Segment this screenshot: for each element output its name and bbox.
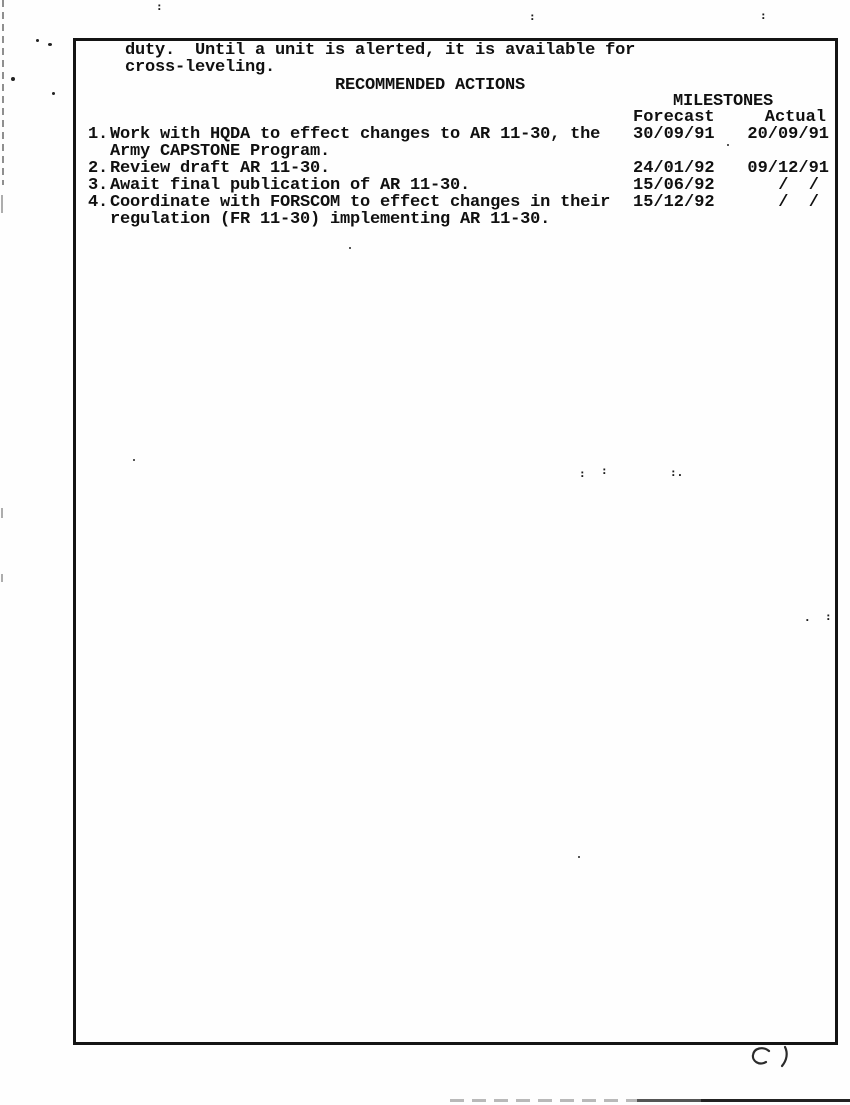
scan-bottom-line-faint bbox=[450, 1099, 640, 1102]
action-forecast-date: 15/12/92 bbox=[633, 194, 715, 211]
scan-edge-dash bbox=[1, 574, 3, 582]
scan-bottom-line bbox=[637, 1099, 850, 1102]
action-text: Await final publication of AR 11-30. bbox=[110, 177, 470, 194]
intro-line-1: duty. Until a unit is alerted, it is ava… bbox=[125, 42, 635, 59]
scan-edge-line bbox=[2, 0, 4, 185]
action-actual-date: / / bbox=[741, 177, 829, 194]
action-actual-date: 09/12/91 bbox=[741, 160, 829, 177]
action-text: Work with HQDA to effect changes to AR 1… bbox=[110, 126, 600, 143]
action-text: Review draft AR 11-30. bbox=[110, 160, 330, 177]
action-actual-date: 20/09/91 bbox=[741, 126, 829, 143]
intro-line-2: cross-leveling. bbox=[125, 59, 275, 76]
scan-speck bbox=[36, 39, 39, 42]
action-actual-date: / / bbox=[741, 194, 829, 211]
action-forecast-date: 15/06/92 bbox=[633, 177, 715, 194]
action-forecast-date: 24/01/92 bbox=[633, 160, 715, 177]
scanned-document-page: : : : : : :. . : duty. Until a unit is a… bbox=[0, 0, 850, 1105]
scan-artifact-colon: : bbox=[529, 11, 536, 22]
action-number: 3. bbox=[88, 177, 108, 194]
action-text-continued: regulation (FR 11-30) implementing AR 11… bbox=[110, 211, 550, 228]
action-forecast-date: 30/09/91 bbox=[633, 126, 715, 143]
action-number: 4. bbox=[88, 194, 108, 211]
scan-artifact-colon: : bbox=[760, 10, 767, 21]
scan-speck bbox=[11, 77, 15, 81]
scan-artifact-colon: : bbox=[156, 1, 163, 12]
column-header-forecast: Forecast bbox=[633, 109, 715, 126]
action-number: 1. bbox=[88, 126, 108, 143]
scan-edge-dash bbox=[1, 195, 3, 213]
section-title: RECOMMENDED ACTIONS bbox=[335, 77, 525, 94]
action-number: 2. bbox=[88, 160, 108, 177]
column-header-actual: Actual bbox=[741, 109, 829, 126]
scan-speck bbox=[48, 43, 52, 46]
document-border-box: duty. Until a unit is alerted, it is ava… bbox=[73, 38, 838, 1045]
handwritten-page-mark bbox=[748, 1044, 796, 1081]
action-text-continued: Army CAPSTONE Program. bbox=[110, 143, 330, 160]
scan-speck bbox=[52, 92, 55, 95]
action-text: Coordinate with FORSCOM to effect change… bbox=[110, 194, 610, 211]
scan-edge-dash bbox=[1, 508, 3, 518]
